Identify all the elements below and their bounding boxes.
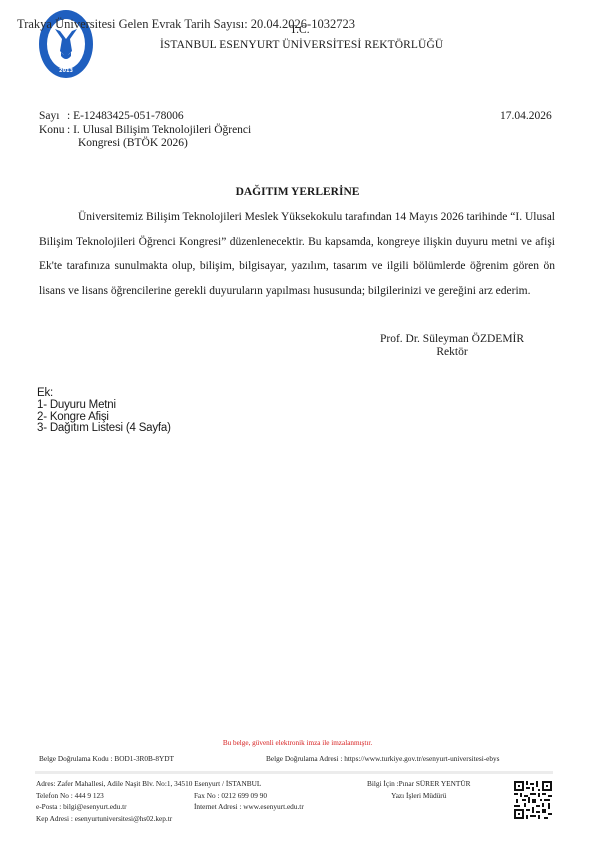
footer-address: Adres: Zafer Mahallesi, Adile Naşit Blv.…: [36, 778, 261, 790]
sayi-label: Sayı: [39, 110, 67, 123]
annex-item: 1- Duyuru Metni: [37, 400, 171, 412]
konu-value: : I. Ulusal Bilişim Teknolojileri Öğrenc…: [67, 124, 251, 136]
footer-contact-info: Adres: Zafer Mahallesi, Adile Naşit Blv.…: [36, 778, 261, 825]
addressee-heading: DAĞITIM YERLERİNE: [0, 186, 595, 198]
footer-divider: [35, 771, 553, 774]
footer-website[interactable]: İnternet Adresi : www.esenyurt.edu.tr: [194, 801, 304, 813]
verification-address-link[interactable]: Belge Doğrulama Adresi : https://www.tur…: [266, 754, 500, 763]
institution-title: İSTANBUL ESENYURT ÜNİVERSİTESİ REKTÖRLÜĞ…: [160, 39, 443, 51]
annex-list: Ek: 1- Duyuru Metni 2- Kongre Afişi 3- D…: [37, 388, 171, 435]
incoming-document-stamp: Trakya Üniversitesi Gelen Evrak Tarih Sa…: [17, 17, 355, 32]
verification-code: Belge Doğrulama Kodu : BOD1-3R0B-8YDT: [39, 754, 174, 763]
footer-fax: Fax No : 0212 699 09 90: [194, 790, 267, 802]
subject: Konu: I. Ulusal Bilişim Teknolojileri Öğ…: [39, 124, 251, 137]
document-date: 17.04.2026: [500, 110, 552, 122]
svg-text:2013: 2013: [59, 68, 73, 74]
footer-contact-person: Bilgi İçin :Pınar SÜRER YENTÜR Yazı İşle…: [367, 778, 471, 801]
footer-kep[interactable]: Kep Adresi : esenyurtuniversitesi@hs02.k…: [36, 813, 261, 825]
signature-block: Prof. Dr. Süleyman ÖZDEMİR Rektör: [380, 333, 524, 358]
contact-person: Bilgi İçin :Pınar SÜRER YENTÜR: [367, 778, 471, 790]
sayi-value: : E-12483425-051-78006: [67, 110, 184, 122]
annex-item: 3- Dağıtım Listesi (4 Sayfa): [37, 423, 171, 435]
qr-code-icon: [514, 781, 552, 819]
letter-body: Üniversitemiz Bilişim Teknolojileri Mesl…: [39, 205, 555, 303]
konu-label: Konu: [39, 124, 67, 137]
esign-notice: Bu belge, güvenli elektronik imza ile im…: [0, 739, 595, 747]
footer-email[interactable]: e-Posta : bilgi@esenyurt.edu.tr: [36, 802, 127, 811]
document-number: Sayı: E-12483425-051-78006: [39, 110, 184, 123]
subject-continuation: Kongresi (BTÖK 2026): [78, 137, 188, 150]
signer-title: Rektör: [380, 346, 524, 359]
contact-person-title: Yazı İşleri Müdürü: [367, 790, 471, 802]
signer-name: Prof. Dr. Süleyman ÖZDEMİR: [380, 333, 524, 346]
footer-phone: Telefon No : 444 9 123: [36, 791, 104, 800]
